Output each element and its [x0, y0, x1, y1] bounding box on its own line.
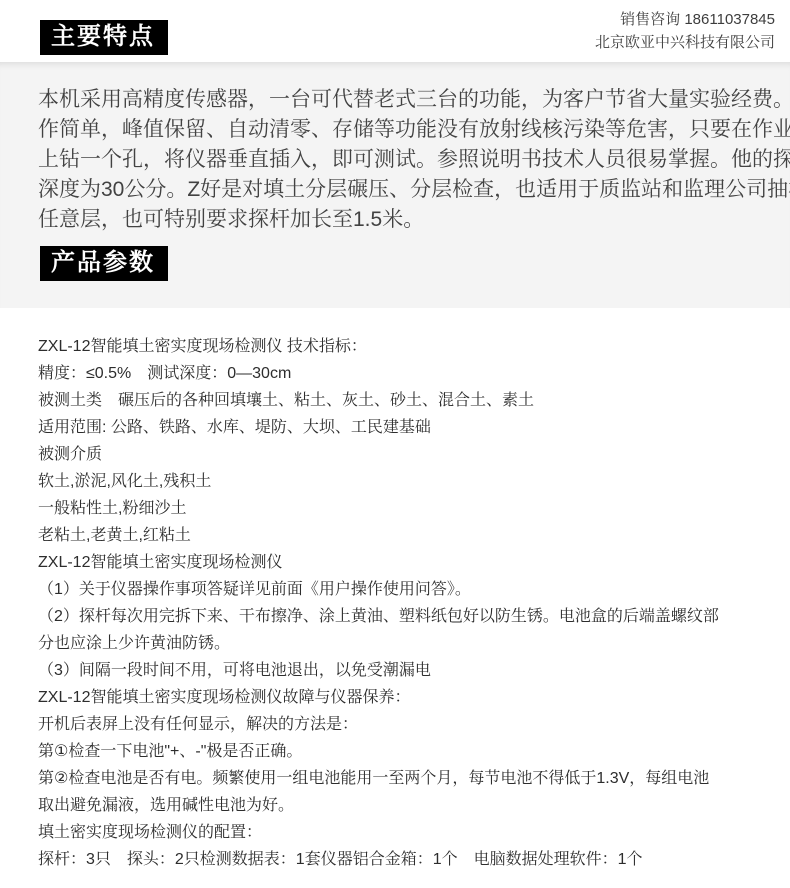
spec-line-8: 老粘土,老黄土,红粘土: [38, 522, 778, 549]
paragraph-line-5: 任意层，也可特别要求探杆加长至1.5米。: [38, 205, 790, 235]
spec-line-2: 精度：≤0.5% 测试深度：0—30cm: [38, 360, 778, 387]
features-section-badge: 主要特点: [40, 20, 168, 55]
spec-line-18: 取出避免漏液，选用碱性电池为好。: [38, 792, 778, 819]
spec-line-6: 软土,淤泥,风化土,残积土: [38, 468, 778, 495]
specs-list: ZXL-12智能填土密实度现场检测仪 技术指标： 精度：≤0.5% 测试深度：0…: [38, 333, 778, 873]
spec-line-5: 被测介质: [38, 441, 778, 468]
spec-line-11: （2）探杆每次用完拆下来、干布擦净、涂上黄油、塑料纸包好以防生锈。电池盒的后端盖…: [38, 603, 778, 630]
spec-line-14: ZXL-12智能填土密实度现场检测仪故障与仪器保养：: [38, 684, 778, 711]
paragraph-line-1: 本机采用高精度传感器，一台可代替老式三台的功能，为客户节省大量实验经费。操: [38, 85, 790, 115]
spec-line-9: ZXL-12智能填土密实度现场检测仪: [38, 549, 778, 576]
spec-line-16: 第①检查一下电池"+、-"极是否正确。: [38, 738, 778, 765]
spec-line-15: 开机后表屏上没有任何显示，解决的方法是：: [38, 711, 778, 738]
product-detail-page: 销售咨询 18611037845 北京欧亚中兴科技有限公司 主要特点 本机采用高…: [0, 0, 790, 888]
paragraph-line-4: 深度为30公分。Z好是对填土分层碾压、分层检查，也适用于质监站和监理公司抽检: [38, 175, 790, 205]
features-paragraph: 本机采用高精度传感器，一台可代替老式三台的功能，为客户节省大量实验经费。操 作简…: [0, 62, 790, 235]
spec-line-7: 一般粘性土,粉细沙土: [38, 495, 778, 522]
sales-phone-line: 销售咨询 18611037845: [595, 8, 775, 31]
contact-info: 销售咨询 18611037845 北京欧亚中兴科技有限公司: [595, 8, 775, 54]
spec-line-13: （3）间隔一段时间不用，可将电池退出，以免受潮漏电: [38, 657, 778, 684]
company-name-line: 北京欧亚中兴科技有限公司: [595, 31, 775, 54]
spec-line-4: 适用范围: 公路、铁路、水库、堤防、大坝、工民建基础: [38, 414, 778, 441]
paragraph-line-2: 作简单，峰值保留、自动清零、存储等功能没有放射线核污染等危害，只要在作业面: [38, 115, 790, 145]
spec-line-10: （1）关于仪器操作事项答疑详见前面《用户操作使用问答》。: [38, 576, 778, 603]
params-section-badge: 产品参数: [40, 246, 168, 281]
spec-line-12: 分也应涂上少许黄油防锈。: [38, 630, 778, 657]
paragraph-line-3: 上钻一个孔，将仪器垂直插入，即可测试。参照说明书技术人员很易掌握。他的探测: [38, 145, 790, 175]
features-panel: 本机采用高精度传感器，一台可代替老式三台的功能，为客户节省大量实验经费。操 作简…: [0, 62, 790, 308]
spec-line-19: 填土密实度现场检测仪的配置：: [38, 819, 778, 846]
spec-line-3: 被测土类 碾压后的各种回填壤土、粘土、灰土、砂土、混合土、素土: [38, 387, 778, 414]
spec-line-17: 第②检查电池是否有电。频繁使用一组电池能用一至两个月，每节电池不得低于1.3V，…: [38, 765, 778, 792]
spec-line-20: 探杆：3只 探头：2只检测数据表：1套仪器铝合金箱：1个 电脑数据处理软件：1个: [38, 846, 778, 873]
spec-line-1: ZXL-12智能填土密实度现场检测仪 技术指标：: [38, 333, 778, 360]
